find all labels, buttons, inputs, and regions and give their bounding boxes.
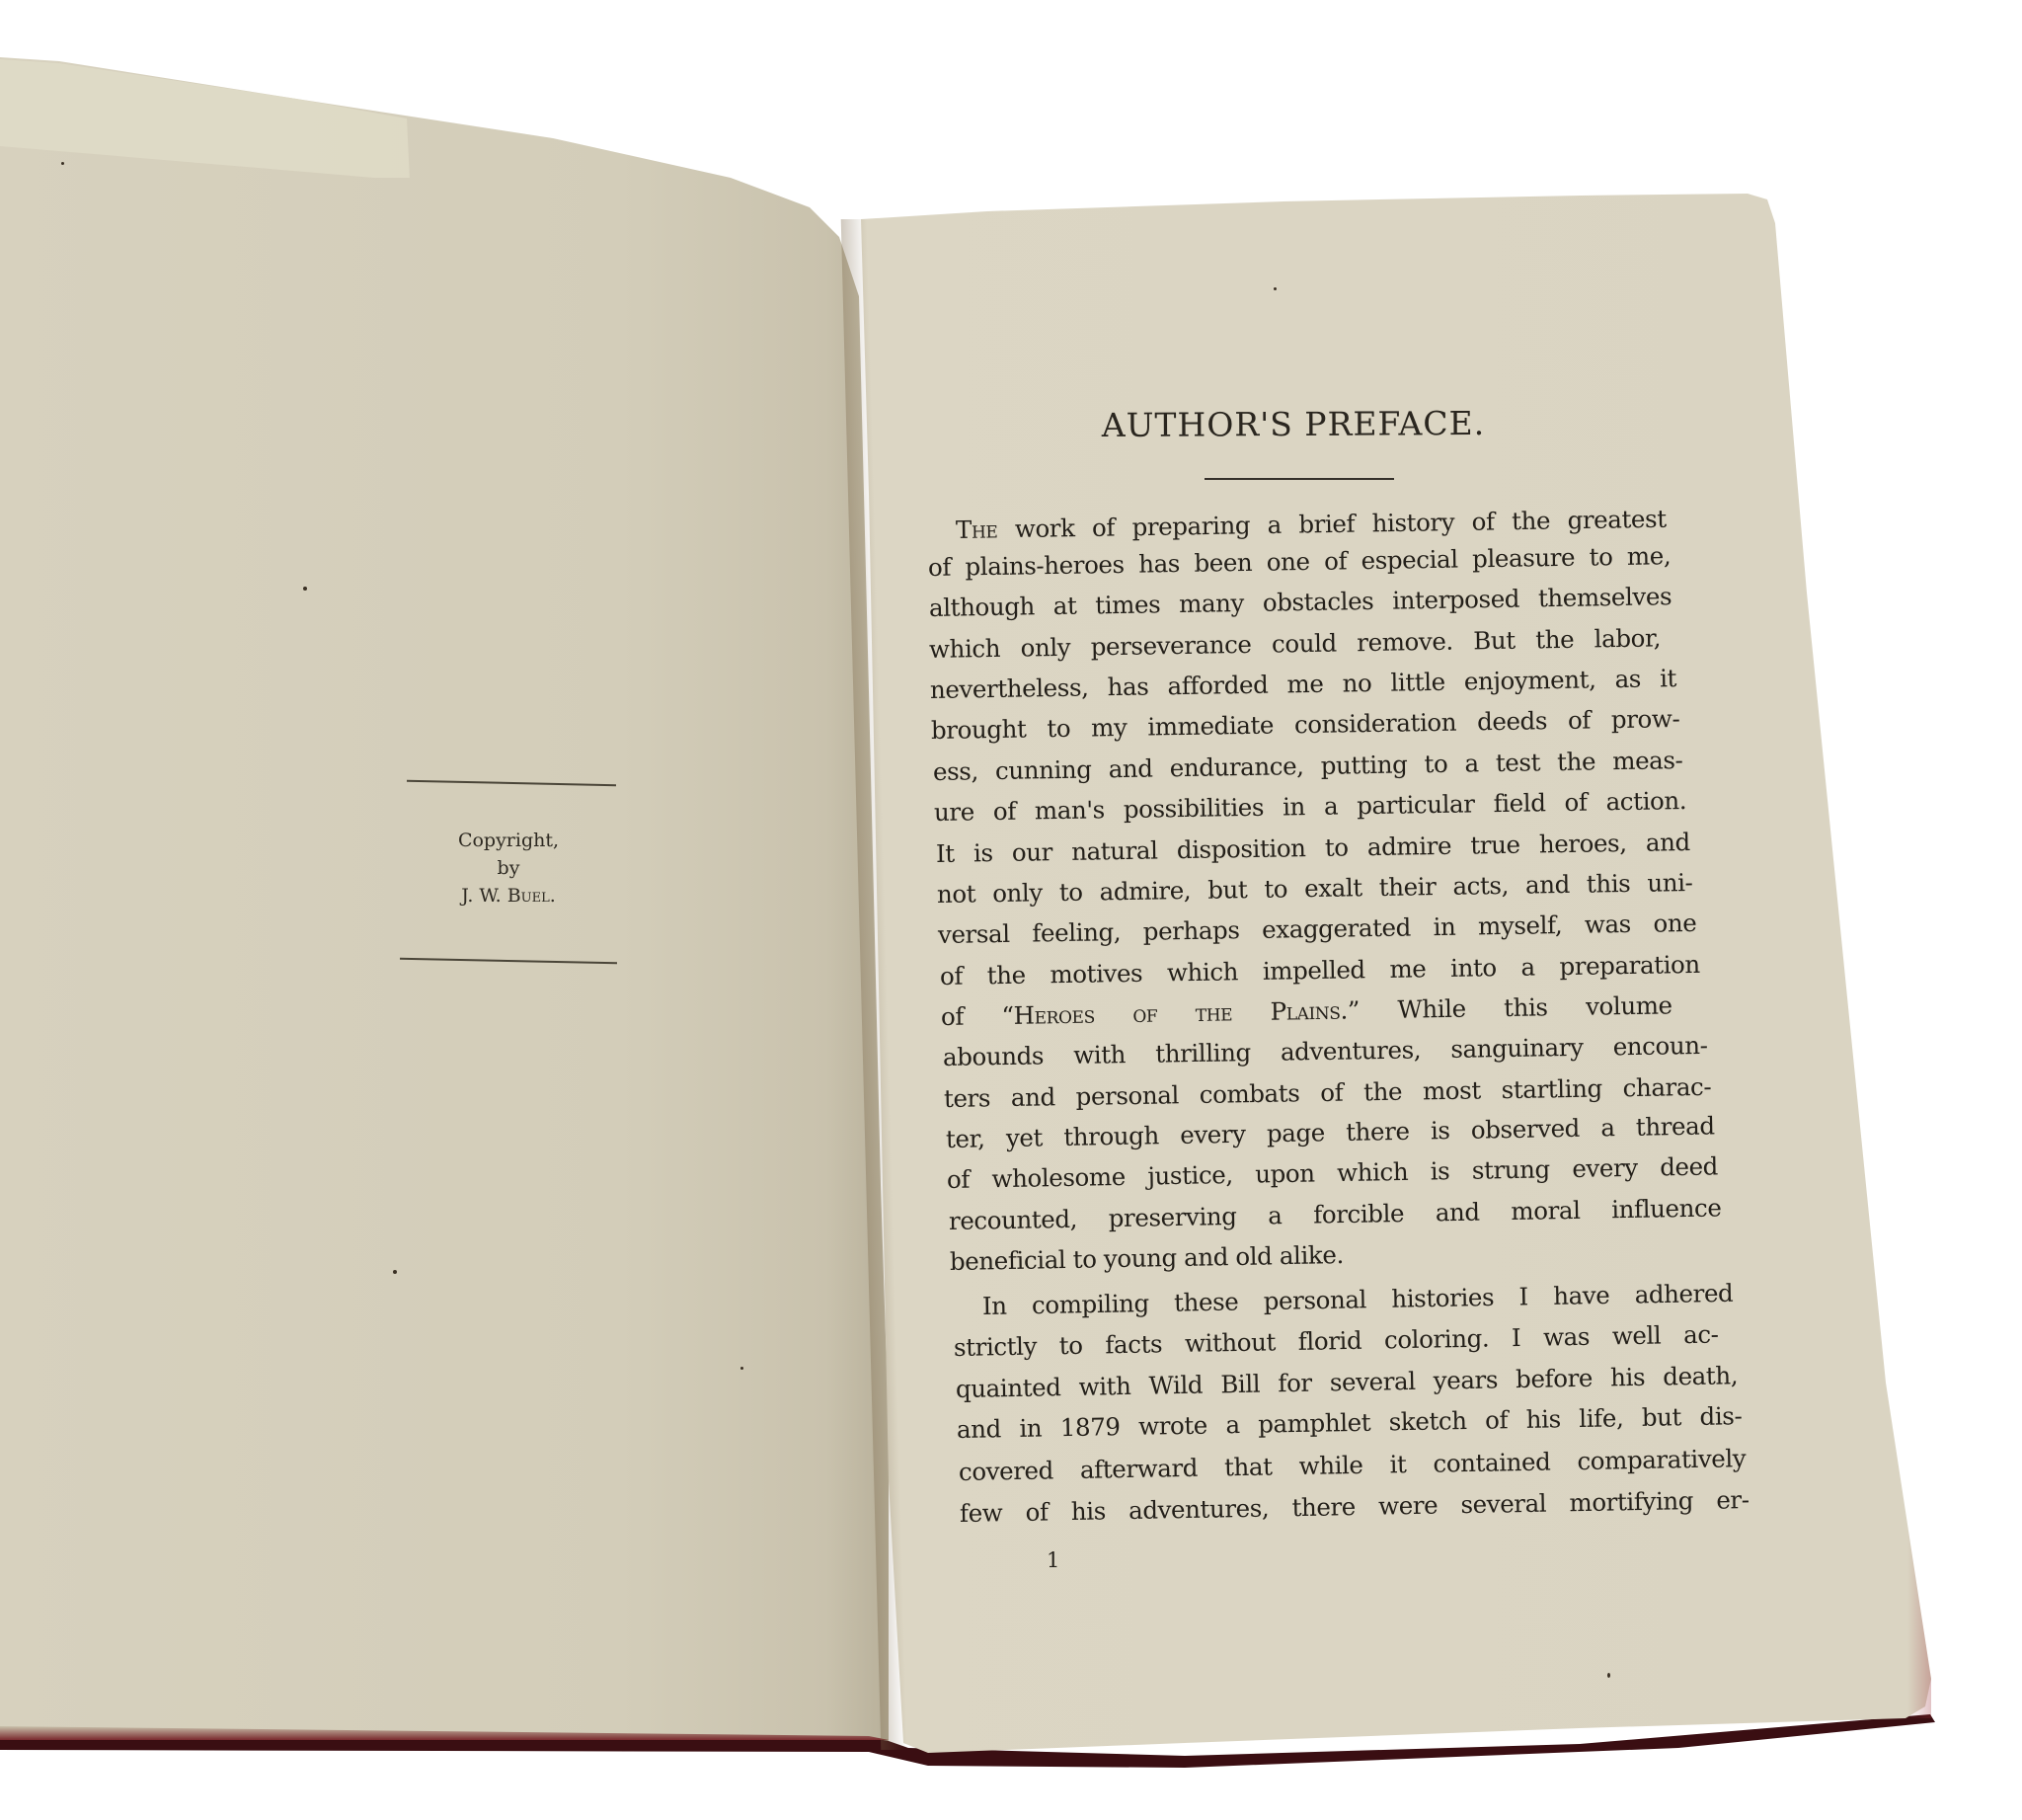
copyright-top-rule [407, 780, 616, 786]
copyright-by: by [395, 857, 622, 879]
paper-speck [1274, 287, 1277, 290]
paper-speck [740, 1367, 743, 1370]
paper-speck [61, 162, 64, 165]
paper-speck [1607, 1673, 1610, 1678]
page-heading: AUTHOR'S PREFACE. [1047, 404, 1540, 445]
drop-lead-word: The [956, 514, 998, 544]
heading-rule [1205, 478, 1394, 480]
paper-speck [393, 1270, 397, 1274]
book-title-reference: Heroes of the Plains. [1013, 996, 1348, 1030]
page-number: 1 [1047, 1548, 1059, 1572]
copyright-notice: Copyright, by J. W. Buel. [395, 770, 622, 978]
copyright-bottom-rule [400, 958, 617, 965]
copyright-label: Copyright, [395, 830, 622, 851]
copyright-author: J. W. Buel. [395, 885, 622, 907]
paper-speck [303, 587, 307, 591]
